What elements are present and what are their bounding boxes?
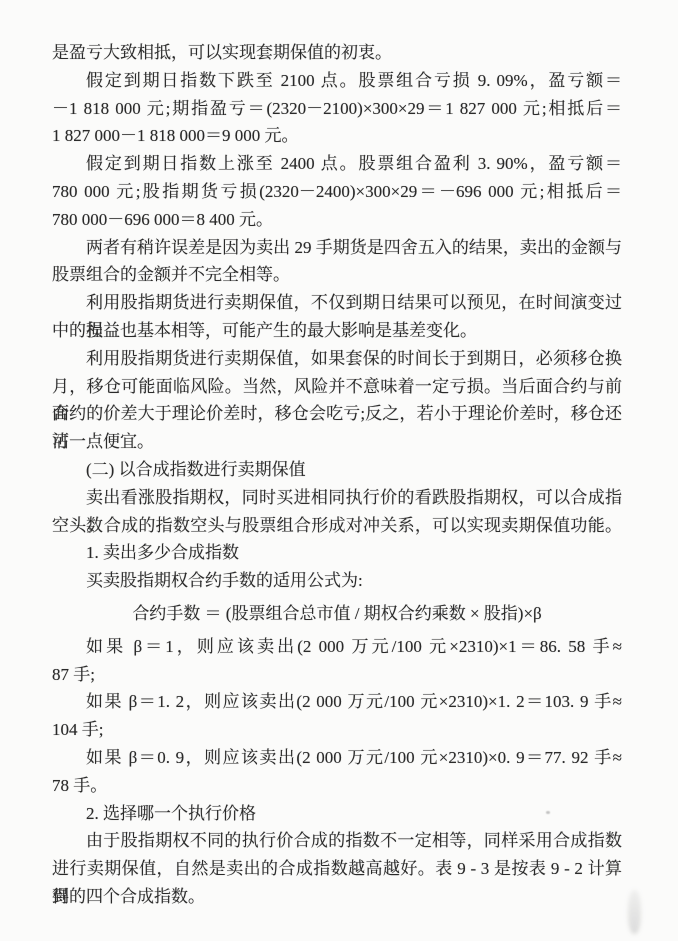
text-line-18: 空头。合成的指数空头与股票组合形成对冲关系，可以实现卖期保值功能。: [52, 512, 622, 540]
text-line-13: 月，移仓可能面临风险。当然，风险并不意味着一定亏损。当后面合约与前面: [52, 373, 622, 401]
text-line-16: (二) 以合成指数进行卖期保值: [52, 456, 622, 484]
formula-line: 合约手数 ＝ (股票组合总市值 / 期权合约乘数 × 股指)×β: [52, 600, 622, 628]
text-line-2: 假定到期日指数下跌至 2100 点。股票组合亏损 9. 09%，盈亏额＝: [52, 67, 622, 95]
text-line-9: 股票组合的金额并不完全相等。: [52, 261, 622, 289]
text-line-25: 104 手;: [52, 716, 622, 744]
text-line-29: 由于股指期权不同的执行价合成的指数不一定相等，同样采用合成指数: [52, 827, 622, 855]
text-line-5: 假定到期日指数上涨至 2400 点。股票组合盈利 3. 90%，盈亏额＝: [52, 150, 622, 178]
text-line-4: 1 827 000－1 818 000＝9 000 元。: [52, 122, 622, 150]
scan-speck: [546, 811, 550, 814]
text-line-10: 利用股指期货进行卖期保值，不仅到期日结果可以预见，在时间演变过程: [52, 289, 622, 317]
text-line-12: 利用股指期货进行卖期保值，如果套保的时间长于到期日，必须移仓换: [52, 345, 622, 373]
text-line-11: 中的损益也基本相等，可能产生的最大影响是基差变化。: [52, 317, 622, 345]
text-line-28: 2. 选择哪一个执行价格: [52, 800, 622, 828]
text-line-1: 是盈亏大致相抵，可以实现套期保值的初衷。: [52, 39, 622, 67]
text-line-19: 1. 卖出多少合成指数: [52, 539, 622, 567]
text-line-20: 买卖股指期权合约手数的适用公式为:: [52, 567, 622, 595]
text-line-23: 87 手;: [52, 661, 622, 689]
text-line-17: 卖出看涨股指期权，同时买进相同执行价的看跌股指期权，可以合成指数: [52, 484, 622, 512]
text-line-31: 到的四个合成指数。: [52, 883, 622, 911]
text-line-14: 合约的价差大于理论价差时，移仓会吃亏;反之，若小于理论价差时，移仓还可: [52, 400, 622, 428]
text-line-8: 两者有稍许误差是因为卖出 29 手期货是四舍五入的结果，卖出的金额与: [52, 234, 622, 262]
text-line-6: 780 000 元;股指期货亏损(2320－2400)×300×29＝－696 …: [52, 178, 622, 206]
text-line-27: 78 手。: [52, 772, 622, 800]
text-column: 是盈亏大致相抵，可以实现套期保值的初衷。假定到期日指数下跌至 2100 点。股票…: [52, 39, 622, 911]
text-line-3: －1 818 000 元;期指盈亏＝(2320－2100)×300×29＝1 8…: [52, 95, 622, 123]
text-line-24: 如果 β＝1. 2，则应该卖出(2 000 万元/100 元×2310)×1. …: [52, 688, 622, 716]
text-line-7: 780 000－696 000＝8 400 元。: [52, 206, 622, 234]
text-line-30: 进行卖期保值，自然是卖出的合成指数越高越好。表 9 - 3 是按表 9 - 2 …: [52, 855, 622, 883]
scan-smudge: [628, 890, 641, 934]
text-line-15: 沾一点便宜。: [52, 428, 622, 456]
text-line-26: 如果 β＝0. 9，则应该卖出(2 000 万元/100 元×2310)×0. …: [52, 744, 622, 772]
text-line-22: 如果 β＝1，则应该卖出(2 000 万元/100 元×2310)×1＝86. …: [52, 633, 622, 661]
scanned-page: 是盈亏大致相抵，可以实现套期保值的初衷。假定到期日指数下跌至 2100 点。股票…: [0, 0, 678, 941]
